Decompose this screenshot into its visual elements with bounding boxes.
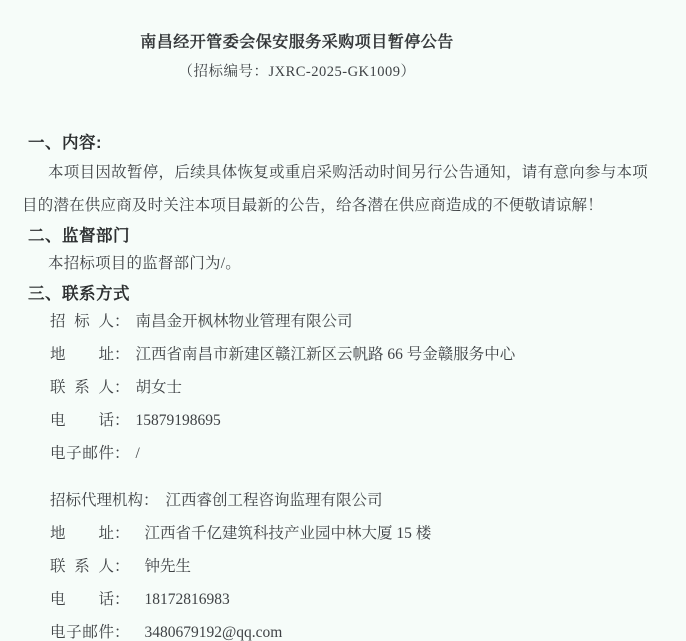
label-colon: ： — [114, 550, 130, 583]
agency-name-label: 招标代理机构 — [50, 484, 143, 517]
agency-name-value: 江西睿创工程咨询监理有限公司 — [166, 492, 383, 509]
document-page: 南昌经开管委会保安服务采购项目暂停公告 （招标编号：JXRC-2025-GK10… — [0, 0, 686, 641]
label-colon: ： — [114, 583, 130, 616]
agency-address-label: 地址 — [50, 517, 114, 550]
document-body: 一、内容: 本项目因故暂停，后续具体恢复或重启采购活动时间另行公告通知，请有意向… — [0, 132, 686, 641]
tenderer-email-label: 电子邮件 — [50, 437, 114, 470]
document-title: 南昌经开管委会保安服务采购项目暂停公告 — [0, 33, 594, 53]
tenderer-phone-value: 15879198695 — [136, 412, 221, 429]
label-colon: ： — [114, 517, 130, 550]
agency-email-label: 电子邮件 — [50, 616, 114, 641]
tenderer-contact-block: 招标人：南昌金开枫林物业管理有限公司 地址：江西省南昌市新建区赣江新区云帆路 6… — [22, 305, 670, 470]
tender-number-line: （招标编号：JXRC-2025-GK1009） — [0, 63, 594, 82]
agency-address-value: 江西省千亿建筑科技产业园中林大厦 15 楼 — [145, 525, 432, 542]
tenderer-email-value: / — [136, 445, 140, 462]
tenderer-contact-person-row: 联系人：胡女士 — [22, 371, 670, 404]
agency-phone-value: 18172816983 — [145, 591, 230, 608]
agency-contact-person-label: 联系人 — [50, 550, 114, 583]
section-content-paragraph: 本项目因故暂停，后续具体恢复或重启采购活动时间另行公告通知，请有意向参与本项目的… — [22, 156, 648, 222]
tenderer-name-value: 南昌金开枫林物业管理有限公司 — [136, 313, 353, 330]
document-header: 南昌经开管委会保安服务采购项目暂停公告 （招标编号：JXRC-2025-GK10… — [0, 0, 686, 82]
tenderer-address-row: 地址：江西省南昌市新建区赣江新区云帆路 66 号金赣服务中心 — [22, 338, 670, 371]
label-colon: ： — [114, 371, 130, 404]
tenderer-email-row: 电子邮件：/ — [22, 437, 670, 470]
agency-email-value: 3480679192@qq.com — [145, 624, 283, 641]
agency-contact-person-value: 钟先生 — [145, 558, 192, 575]
label-colon: ： — [114, 305, 130, 338]
label-colon: ： — [143, 484, 159, 517]
agency-contact-person-row: 联系人：钟先生 — [22, 550, 670, 583]
agency-address-row: 地址：江西省千亿建筑科技产业园中林大厦 15 楼 — [22, 517, 670, 550]
section-heading-contact: 三、联系方式 — [22, 283, 670, 305]
label-colon: ： — [114, 616, 130, 641]
tenderer-phone-label: 电话 — [50, 404, 114, 437]
tenderer-contact-person-label: 联系人 — [50, 371, 114, 404]
tenderer-phone-row: 电话：15879198695 — [22, 404, 670, 437]
section-heading-content: 一、内容: — [22, 132, 670, 154]
agency-name-row: 招标代理机构：江西睿创工程咨询监理有限公司 — [22, 484, 670, 517]
agency-email-row: 电子邮件：3480679192@qq.com — [22, 616, 670, 641]
tenderer-address-value: 江西省南昌市新建区赣江新区云帆路 66 号金赣服务中心 — [136, 346, 516, 363]
agency-phone-label: 电话 — [50, 583, 114, 616]
agency-contact-block: 招标代理机构：江西睿创工程咨询监理有限公司 地址：江西省千亿建筑科技产业园中林大… — [22, 484, 670, 641]
label-colon: ： — [114, 437, 130, 470]
tenderer-contact-person-value: 胡女士 — [136, 379, 183, 396]
tenderer-name-label: 招标人 — [50, 305, 114, 338]
tenderer-name-row: 招标人：南昌金开枫林物业管理有限公司 — [22, 305, 670, 338]
label-colon: ： — [114, 404, 130, 437]
section-heading-supervision: 二、监督部门 — [22, 225, 670, 247]
agency-phone-row: 电话：18172816983 — [22, 583, 670, 616]
section-supervision-paragraph: 本招标项目的监督部门为/。 — [22, 247, 648, 280]
tenderer-address-label: 地址 — [50, 338, 114, 371]
label-colon: ： — [114, 338, 130, 371]
